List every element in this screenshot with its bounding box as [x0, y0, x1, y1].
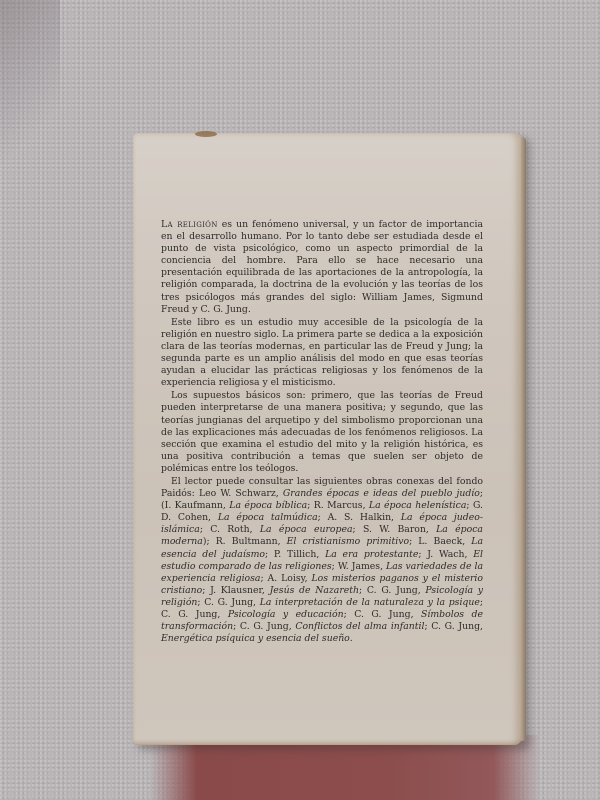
related-work-title: La era protestante: [325, 549, 418, 560]
related-work-author: C. G. Jung,: [161, 609, 228, 620]
book-back-cover: La religión es un fenómeno universal, y …: [133, 133, 522, 745]
related-work-title: La interpretación de la naturaleza y la …: [260, 597, 480, 608]
related-work-author: J. Klausner,: [210, 585, 269, 596]
related-work-author: W. James,: [338, 561, 386, 572]
related-work-author: C. G. Jung,: [431, 621, 483, 632]
related-work-author: C. G. Jung,: [367, 585, 426, 596]
cover-stain: [195, 131, 217, 137]
related-work-author: C. G. Jung,: [204, 597, 259, 608]
book-spine-edge: [521, 137, 526, 741]
blurb-lead-smallcaps: La religión: [161, 219, 218, 230]
related-work-author: R. Bultmann,: [216, 536, 287, 547]
related-work-author: A. S. Halkin,: [328, 512, 401, 523]
related-work-author: Leo W. Schwarz,: [199, 488, 283, 499]
related-work-author: C. Roth,: [210, 524, 260, 535]
blurb-paragraph-1: La religión es un fenómeno universal, y …: [161, 219, 483, 316]
related-work-author: C. G. Jung,: [354, 609, 421, 620]
related-work-author: I. Kaufmann,: [165, 500, 230, 511]
related-work-author: C. G. Jung,: [240, 621, 295, 632]
related-work-title: Grandes épocas e ideas del pueblo judío: [283, 488, 480, 499]
back-cover-blurb: La religión es un fenómeno universal, y …: [161, 219, 483, 646]
related-work-title: El cristianismo primitivo: [287, 536, 409, 547]
related-work-author: L. Baeck,: [418, 536, 471, 547]
related-works-paragraph: El lector puede consultar las siguientes…: [161, 476, 483, 645]
related-work-title: La época talmúdica: [218, 512, 318, 523]
related-work-title: Conflictos del alma infantil: [295, 621, 424, 632]
related-work-title: Energética psíquica y esencia del sueño: [161, 633, 350, 644]
related-work-author: P. Tillich,: [274, 549, 325, 560]
blurb-paragraph-2: Este libro es un estudio muy accesible d…: [161, 317, 483, 390]
related-work-author: A. Loisy,: [268, 573, 312, 584]
related-work-title: La época helenística: [369, 500, 466, 511]
related-work-title: La época bíblica: [229, 500, 307, 511]
blurb-paragraph-3: Los supuestos básicos son: primero, que …: [161, 390, 483, 475]
related-work-author: J. Wach,: [427, 549, 473, 560]
related-work-author: S. W. Baron,: [363, 524, 436, 535]
carpet-shadow: [0, 0, 60, 180]
related-work-title: Psicología y educación: [228, 609, 344, 620]
related-work-title: La época europea: [260, 524, 353, 535]
related-work-author: R. Marcus,: [314, 500, 369, 511]
related-work-title: Jesús de Nazareth: [270, 585, 359, 596]
